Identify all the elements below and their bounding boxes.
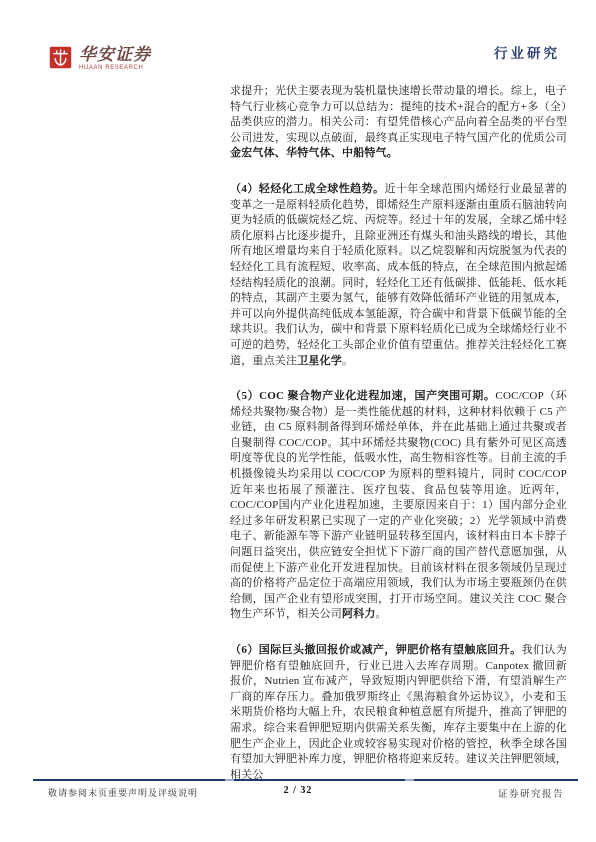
bold-company-name: 阿科力	[342, 608, 376, 620]
report-body: 求提升；光伏主要表现为装机量快速增长带动量的增长。综上，电子特气行业核心竞争力可…	[230, 84, 567, 803]
paragraph-text: 求提升；光伏主要表现为装机量快速增长带动量的增长。综上，电子特气行业核心竞争力可…	[230, 85, 567, 144]
body-paragraph-1: 求提升；光伏主要表现为装机量快速增长带动量的增长。综上，电子特气行业核心竞争力可…	[230, 84, 567, 162]
body-paragraph-3: （5）COC 聚合物产业化进程加速，国产突围可期。COC/COP（环烯烃共聚物/…	[230, 389, 567, 623]
paragraph-text: COC/COP（环烯烃共聚物/聚合物）是一类性能优越的材料，这种材料依赖于 C5…	[230, 390, 567, 620]
bold-company-names: 金宏气体、华特气体、中船特气。	[230, 147, 398, 159]
section-heading-4: （4）轻烃化工成全球性趋势。	[230, 183, 384, 195]
footer-divider-notch	[225, 779, 234, 781]
page-header: 华安证券 HUAAN RESEARCH 行业研究	[0, 0, 596, 80]
section-heading-6: （6）国际巨头撤回报价或减产，钾肥价格有望触底回升。	[230, 644, 522, 656]
body-paragraph-4: （6）国际巨头撤回报价或减产，钾肥价格有望触底回升。我们认为钾肥价格有望触底回升…	[230, 643, 567, 783]
body-paragraph-2: （4）轻烃化工成全球性趋势。近十年全球范围内烯烃行业最显著的变革之一是原料轻质化…	[230, 182, 567, 369]
bold-company-name: 卫星化学	[297, 355, 342, 367]
brand-logo: 华安证券 HUAAN RESEARCH	[49, 46, 151, 71]
report-page: 华安证券 HUAAN RESEARCH 行业研究 求提升；光伏主要表现为装机量快…	[0, 0, 596, 842]
brand-seal-icon	[49, 46, 72, 69]
report-type-label: 证券研究报告	[498, 786, 564, 800]
paragraph-text: 我们认为钾肥价格有望触底回升，行业已进入去库存周期。Canpotex 撤回新报价…	[230, 644, 567, 781]
paragraph-text: 。	[376, 608, 387, 620]
paragraph-text: 近十年全球范围内烯烃行业最显著的变革之一是原料轻质化趋势，即烯烃生产原料逐渐由重…	[230, 183, 567, 367]
footer-divider	[33, 779, 578, 781]
footer-divider-notch	[405, 779, 414, 781]
brand-name: 华安证券	[79, 46, 151, 63]
section-heading-5: （5）COC 聚合物产业化进程加速，国产突围可期。	[230, 390, 495, 402]
brand-text: 华安证券 HUAAN RESEARCH	[79, 46, 151, 71]
report-category-label: 行业研究	[494, 42, 560, 62]
paragraph-text: 。	[342, 355, 353, 367]
brand-subtitle: HUAAN RESEARCH	[79, 65, 151, 71]
